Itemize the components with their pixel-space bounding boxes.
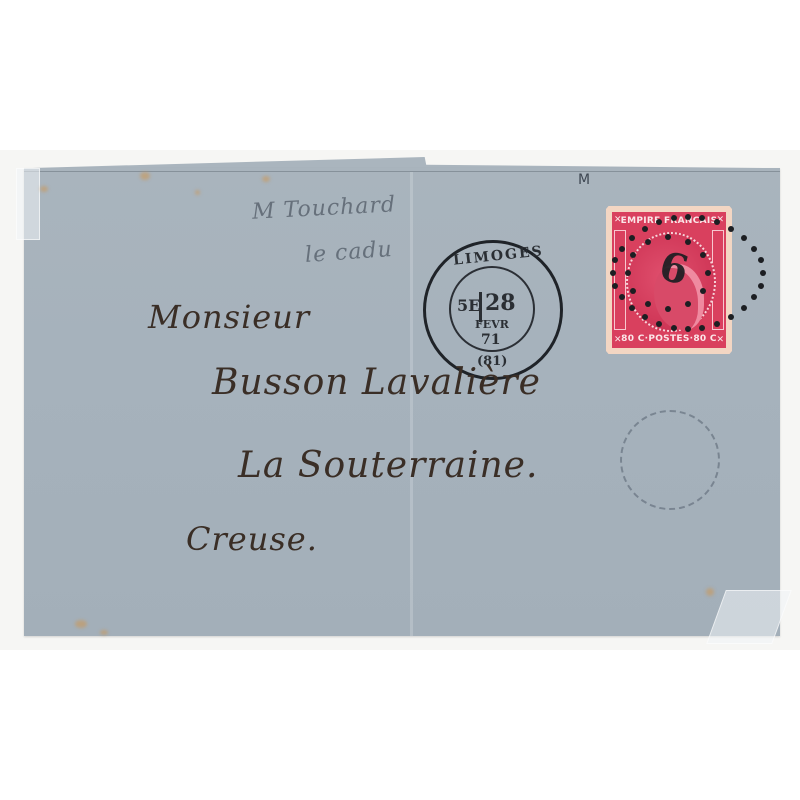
foxing-stain: [40, 186, 48, 192]
address-line-4: Creuse.: [186, 520, 318, 558]
address-line-2: Busson Lavalière: [212, 362, 541, 403]
cancel-dot: [665, 234, 671, 240]
mount-tape-top-left: [16, 168, 40, 240]
cancel-dot: [685, 214, 691, 220]
address-line-1: Monsieur: [148, 298, 310, 336]
cancel-dot: [625, 270, 631, 276]
limoges-postmark: LIMOGES 5E 28 FEVR 71 (81): [423, 240, 563, 380]
cancel-dot: [741, 235, 747, 241]
corner-mark: M: [578, 172, 591, 188]
cancel-dot: [705, 270, 711, 276]
foxing-stain: [262, 176, 270, 182]
cancel-dot: [656, 321, 662, 327]
cancel-dot: [714, 321, 720, 327]
cancel-dot: [700, 252, 706, 258]
cancel-dot: [642, 314, 648, 320]
postmark-hour: 5E: [457, 296, 480, 315]
stamp-value: 80 C·POSTES·80 C: [612, 332, 726, 346]
cancel-dot: [612, 283, 618, 289]
cancel-dot: [760, 270, 766, 276]
cancel-dot: [665, 306, 671, 312]
foxing-stain: [75, 620, 87, 628]
postmark-month: FEVR: [475, 318, 509, 331]
foxing-stain: [706, 588, 714, 596]
cancel-dot: [751, 246, 757, 252]
cancel-dot: [619, 246, 625, 252]
cancel-dot: [645, 239, 651, 245]
address-line-3: La Souterraine.: [238, 445, 538, 486]
cancel-dot: [629, 305, 635, 311]
cancel-dot: [685, 239, 691, 245]
cancel-dot: [610, 270, 616, 276]
faint-backstamp: [620, 410, 720, 510]
cancel-dot: [671, 325, 677, 331]
postmark-day: 28: [485, 290, 516, 316]
cancel-dot: [699, 325, 705, 331]
greek-key-border: [614, 230, 626, 330]
cancel-dot: [758, 283, 764, 289]
postmark-year: 71: [481, 332, 500, 348]
fold-line: [24, 171, 780, 172]
cancel-dot: [700, 288, 706, 294]
stamp-country: EMPIRE FRANCAIS: [612, 214, 726, 228]
foxing-stain: [140, 172, 150, 180]
foxing-stain: [100, 630, 108, 635]
cancel-dot: [629, 235, 635, 241]
cancel-dot: [642, 226, 648, 232]
foxing-stain: [195, 190, 200, 195]
vertical-crease: [410, 172, 413, 636]
